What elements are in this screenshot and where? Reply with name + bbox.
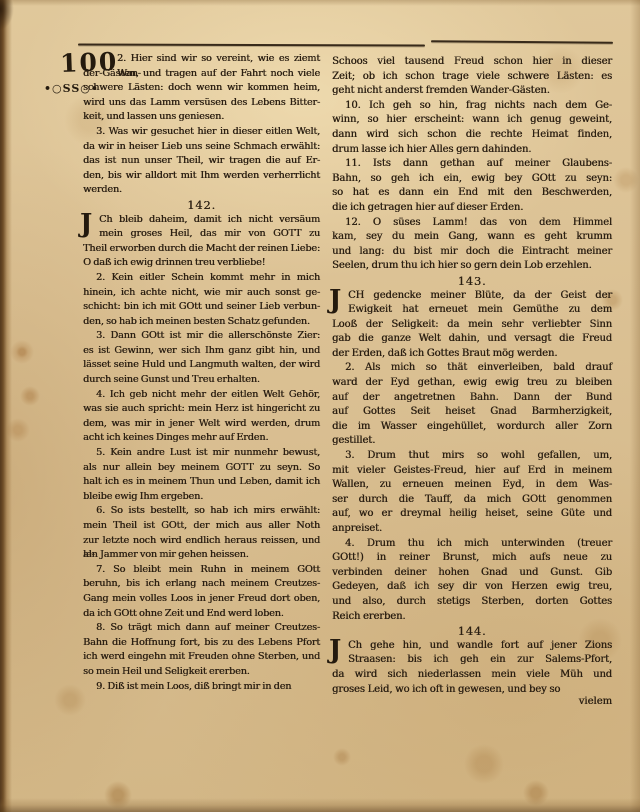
text-line: der-Gästen, und tragen auf der Fahrt noc… (83, 67, 320, 82)
text-line: wird uns das Lamm versüsen des Lebens Bi… (83, 96, 320, 111)
page-edge-top (0, 0, 640, 6)
text-line: GOtt!) in reiner Brunst, mich aufs neue … (332, 551, 612, 566)
book-page: 100 •○SS○• 2. Hier sind wir so vereint, … (0, 0, 640, 812)
text-line: Bahn, so geh ich ein, ewig bey GOtt zu s… (332, 172, 612, 187)
text-line: die ich getragen hier auf dieser Erden. (332, 201, 612, 216)
text-line: 12. O süses Lamm! das von dem Himmel (332, 216, 612, 231)
text-line: Gedeyen, daß ich sey dir von Herzen ewig… (332, 580, 612, 595)
hymn-number: 144. (332, 624, 612, 639)
text-line: mein groses Heil, das mir von GOTT zu (83, 227, 320, 242)
text-line: 3. Dann GOtt ist mir die allerschönste Z… (83, 329, 320, 344)
text-line: 4. Drum thu ich mich unterwinden (treuer (332, 537, 612, 552)
text-line: auf der angetretnen Bahn. Dann der Bund (332, 391, 612, 406)
text-line: 11. Ists dann gethan auf meiner Glaubens… (332, 157, 612, 172)
text-line: so mein Heil und Seligkeit ererben. (83, 665, 320, 680)
text-line: Reich ererben. (332, 610, 612, 625)
text-line: geht nicht anderst fremden Wander-Gästen… (332, 84, 612, 99)
text-line: bleibe ewig Ihm ergeben. (83, 490, 320, 505)
text-line: als nur allein bey meinem GOTT zu seyn. … (83, 461, 320, 476)
text-line: dem, was mir in jener Welt wird werden, … (83, 417, 320, 432)
text-line: ich werd eingehn mit Freuden ohne Sterbe… (83, 650, 320, 665)
text-line: Zeit; ob ich schon trage viele schwere L… (332, 70, 612, 85)
text-line: drum lasse ich hier Alles gern dahinden. (332, 143, 612, 158)
text-line: anpreiset. (332, 522, 612, 537)
text-line: Theil erworben durch die Macht der reine… (83, 242, 320, 257)
text-line: ser durch die Tauff, da mich GOtt genomm… (332, 493, 612, 508)
text-line: 7. So bleibt mein Ruhn in meinem GOtt (83, 563, 320, 578)
text-line: da wir in heiser Lieb uns seine Schmach … (83, 140, 320, 155)
corner-stain (0, 0, 14, 30)
text-column-right: Schoos viel tausend Freud schon hier in … (332, 55, 612, 697)
text-line: da wird sich niederlassen mein viele Müh… (332, 668, 612, 683)
text-line: durch seine Gunst und Treu erhalten. (83, 373, 320, 388)
hymn-number: 143. (332, 274, 612, 289)
text-line: gestillet. (332, 434, 612, 449)
text-line: JCh bleib daheim, damit ich nicht versäu… (83, 213, 320, 228)
drop-cap-initial: J (80, 211, 92, 237)
text-line: JCh gehe hin, und wandle fort auf jener … (332, 639, 612, 654)
text-line: 3. Was wir gesuchet hier in dieser eitle… (83, 125, 320, 140)
text-line: 2. Hier sind wir so vereint, wie es ziem… (83, 52, 320, 67)
text-line: gab die ganze Welt dahin, und versagt di… (332, 332, 612, 347)
text-line: da ich GOtt ohne Zeit und End werd loben… (83, 607, 320, 622)
text-line: keit, und lassen uns geniesen. (83, 110, 320, 125)
text-line: 8. So trägt mich dann auf meiner Creutze… (83, 621, 320, 636)
binding-edge (0, 0, 12, 812)
page-edge-right (630, 0, 640, 812)
text-line: auf, wo er dreymal heilig heiset, seine … (332, 507, 612, 522)
text-line: ward der Eyd gethan, ewig ewig treu zu b… (332, 376, 612, 391)
text-line: und lang: du bist mir doch die Eintracht… (332, 245, 612, 260)
text-line-content: Ch gehe hin, und wandle fort auf jener Z… (348, 640, 612, 651)
text-line: kam, sey du mein Gang, wann es geht krum… (332, 230, 612, 245)
text-line: dann wird sich schon die rechte Heimat f… (332, 128, 612, 143)
text-line: zur letzte noch wird endlich heraus reis… (83, 534, 320, 549)
text-line: mein Theil ist GOtt, der mich aus aller … (83, 519, 320, 534)
head-rule-left (78, 44, 425, 47)
text-line: die im Wasser eingehüllet, wordurch alle… (332, 420, 612, 435)
text-line: schicht: bin ich mit GOtt und seiner Lie… (83, 300, 320, 315)
drop-cap-initial: J (329, 287, 341, 313)
text-line: Gang mein volles Loos in jener Freud dor… (83, 592, 320, 607)
text-line: 2. Kein eitler Schein kommt mehr in mich (83, 271, 320, 286)
text-line: Looß der Seligkeit: da mein sehr verlieb… (332, 318, 612, 333)
text-line: so hat es dann ein End mit den Beschwerd… (332, 186, 612, 201)
text-column-left: 2. Hier sind wir so vereint, wie es ziem… (83, 52, 320, 694)
text-line: JCH gedencke meiner Blüte, da der Geist … (332, 289, 612, 304)
text-line: werden. (83, 183, 320, 198)
text-line: es ist Gewinn, wer sich Ihm ganz gibt hi… (83, 344, 320, 359)
text-line: 6. So ists bestellt, so hab ich mirs erw… (83, 504, 320, 519)
text-line: len Jammer von mir gehen heissen. (83, 548, 320, 563)
page-edge-bottom (0, 798, 640, 812)
text-line: was sie auch spricht: mein Herz ist hing… (83, 402, 320, 417)
text-line: auf Gottes Seit heiset Gnad Barmherzigke… (332, 405, 612, 420)
text-line: Seelen, drum thu ich hier so gern dein L… (332, 259, 612, 274)
text-line: den, so hab ich meinen besten Schatz gef… (83, 315, 320, 330)
text-line: O daß ich ewig drinnen treu verbliebe! (83, 256, 320, 271)
text-line: hinein, ich achte nicht, wie mir auch so… (83, 286, 320, 301)
drop-cap-initial: J (329, 637, 341, 663)
text-line: Straasen: bis ich geh ein zur Salems-Pfo… (332, 653, 612, 668)
text-line: winn, so hier erscheint: wann ich genug … (332, 113, 612, 128)
text-line: halt ich es in meinem Thun und Leben, da… (83, 475, 320, 490)
text-line: 10. Ich geh so hin, frag nichts nach dem… (332, 99, 612, 114)
catchword: vielem (440, 695, 612, 710)
text-line: 5. Kein andre Lust ist mir nunmehr bewus… (83, 446, 320, 461)
text-line: 2. Als mich so thät einverleiben, bald d… (332, 361, 612, 376)
text-line: lässet seine Huld und Langmuth walten, d… (83, 358, 320, 373)
text-line: beruhn, bis ich erlang nach meinem Creut… (83, 577, 320, 592)
text-line: Bahn die Hoffnung fort, bis zu des Leben… (83, 636, 320, 651)
text-line: schwere Lästen: doch wenn wir kommen hei… (83, 81, 320, 96)
head-rule-right (431, 40, 613, 44)
text-line: mit vieler Geistes-Freud, hier auf Erd i… (332, 464, 612, 479)
text-line: Schoos viel tausend Freud schon hier in … (332, 55, 612, 70)
text-line: der Erden, daß ich Gottes Braut mög werd… (332, 347, 612, 362)
text-line: Ewigkeit hat erneuet mein Gemüthe zu dem (332, 303, 612, 318)
text-line: und also, durch stetigs Sterben, dorten … (332, 595, 612, 610)
text-line: 4. Ich geb nicht mehr der eitlen Welt Ge… (83, 388, 320, 403)
text-line: acht ich keines Dinges mehr auf Erden. (83, 431, 320, 446)
text-line-content: CH gedencke meiner Blüte, da der Geist d… (348, 290, 612, 301)
hymn-number: 142. (83, 198, 320, 213)
text-line: verbinden deiner hohen Gnad und Gunst. G… (332, 566, 612, 581)
text-line: den, bis wir alldort mit Ihm werden verh… (83, 169, 320, 184)
text-line: 3. Drum thut mirs so wohl gefallen, um, (332, 449, 612, 464)
text-line: Wallen, zu erneuen meinen Eyd, in dem Wa… (332, 478, 612, 493)
text-line: das ist nun unser Theil, wir tragen die … (83, 154, 320, 169)
text-line-content: Ch bleib daheim, damit ich nicht versäum (99, 214, 320, 225)
text-line: 9. Diß ist mein Loos, diß bringt mir in … (83, 680, 320, 695)
